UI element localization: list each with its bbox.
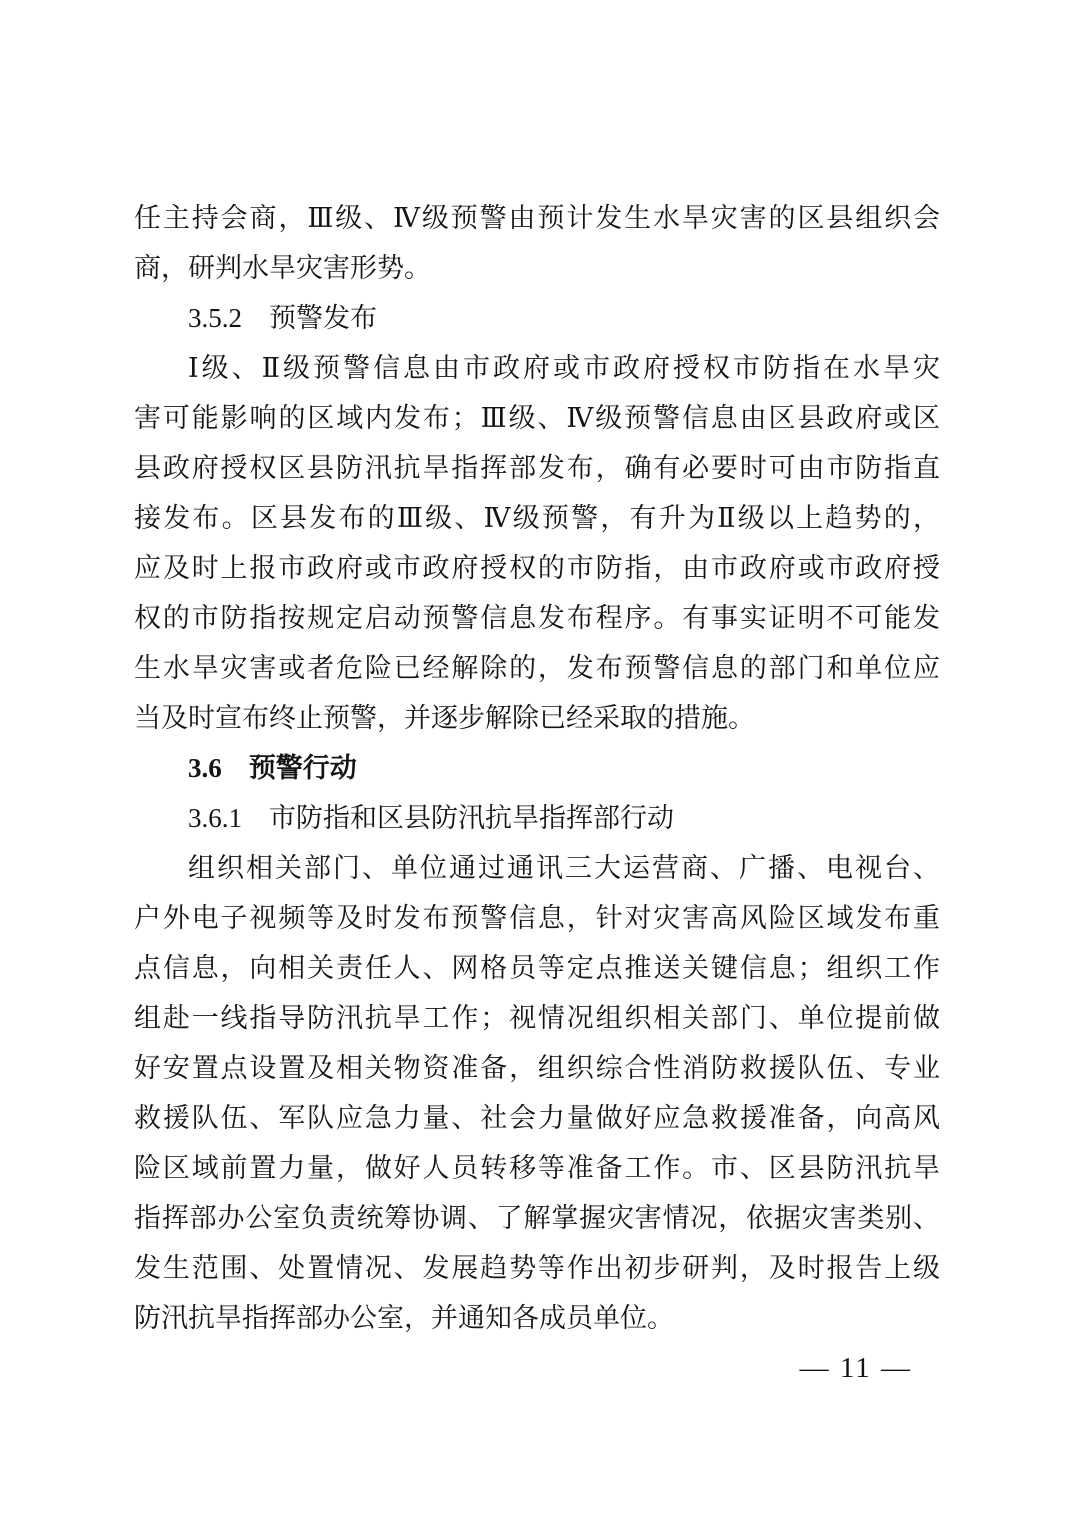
- paragraph-line: 生水旱灾害或者危险已经解除的，发布预警信息的部门和单位应: [134, 643, 940, 693]
- paragraph-line: 县政府授权区县防汛抗旱指挥部发布，确有必要时可由市防指直: [134, 443, 940, 493]
- heading-3-5-2: 3.5.2 预警发布: [134, 293, 940, 343]
- paragraph-line: 接发布。区县发布的Ⅲ级、Ⅳ级预警，有升为Ⅱ级以上趋势的，: [134, 493, 940, 543]
- paragraph-line: 指挥部办公室负责统筹协调、了解掌握灾害情况，依据灾害类别、: [134, 1193, 940, 1243]
- paragraph-line: 救援队伍、军队应急力量、社会力量做好应急救援准备，向高风: [134, 1093, 940, 1143]
- paragraph-line: 当及时宣布终止预警，并逐步解除已经采取的措施。: [134, 693, 940, 743]
- paragraph-line: 险区域前置力量，做好人员转移等准备工作。市、区县防汛抗旱: [134, 1143, 940, 1193]
- heading-3-6: 3.6 预警行动: [134, 743, 940, 793]
- paragraph-line: 应及时上报市政府或市政府授权的市防指，由市政府或市政府授: [134, 543, 940, 593]
- paragraph-line: 发生范围、处置情况、发展趋势等作出初步研判，及时报告上级: [134, 1243, 940, 1293]
- paragraph-line: 点信息，向相关责任人、网格员等定点推送关键信息；组织工作: [134, 943, 940, 993]
- paragraph-line: 任主持会商，Ⅲ级、Ⅳ级预警由预计发生水旱灾害的区县组织会: [134, 193, 940, 243]
- paragraph-line: 害可能影响的区域内发布；Ⅲ级、Ⅳ级预警信息由区县政府或区: [134, 393, 940, 443]
- paragraph-line: 好安置点设置及相关物资准备，组织综合性消防救援队伍、专业: [134, 1043, 940, 1093]
- paragraph-line: 防汛抗旱指挥部办公室，并通知各成员单位。: [134, 1293, 940, 1343]
- paragraph-line: Ⅰ级、Ⅱ级预警信息由市政府或市政府授权市防指在水旱灾: [134, 343, 940, 393]
- document-text-block: 任主持会商，Ⅲ级、Ⅳ级预警由预计发生水旱灾害的区县组织会 商，研判水旱灾害形势。…: [134, 193, 940, 1393]
- paragraph-line: 权的市防指按规定启动预警信息发布程序。有事实证明不可能发: [134, 593, 940, 643]
- document-page: 任主持会商，Ⅲ级、Ⅳ级预警由预计发生水旱灾害的区县组织会 商，研判水旱灾害形势。…: [0, 0, 1075, 1521]
- paragraph-line: 组织相关部门、单位通过通讯三大运营商、广播、电视台、: [134, 843, 940, 893]
- page-number: — 11 —: [134, 1343, 940, 1393]
- paragraph-line: 户外电子视频等及时发布预警信息，针对灾害高风险区域发布重: [134, 893, 940, 943]
- heading-3-6-1: 3.6.1 市防指和区县防汛抗旱指挥部行动: [134, 793, 940, 843]
- paragraph-line: 组赴一线指导防汛抗旱工作；视情况组织相关部门、单位提前做: [134, 993, 940, 1043]
- paragraph-line: 商，研判水旱灾害形势。: [134, 243, 940, 293]
